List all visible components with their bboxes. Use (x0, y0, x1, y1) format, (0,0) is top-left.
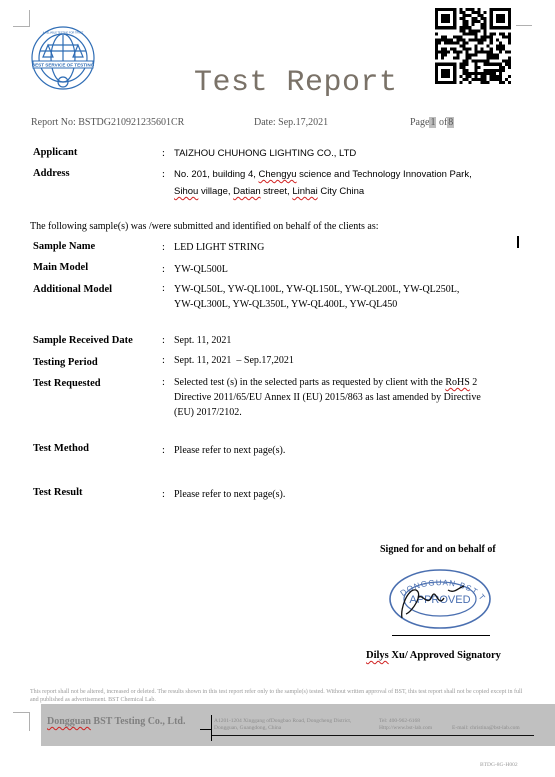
footer-address-line-1: A1201-1204 Xinggang ofDongbao Road, Dong… (214, 718, 351, 725)
company-name-part: BST Testing Co., Ltd. (91, 716, 186, 727)
address-text: science and Technology Innovation Park, (297, 169, 472, 180)
test-requested-line-1: Selected test (s) in the selected parts … (174, 375, 481, 390)
address-text: Datian (233, 186, 260, 197)
applicant-value: TAIZHOU CHUHONG LIGHTING CO., LTD (174, 145, 356, 162)
signature-line (392, 635, 490, 636)
footer-address: A1201-1204 Xinggang ofDongbao Road, Dong… (214, 718, 351, 732)
approved-stamp-icon: DONGGUAN BST TESTING CO.,LTD APPROVED (388, 568, 492, 630)
colon: : (162, 355, 165, 366)
bst-seal-icon: BEST SERVICE OF TESTING A RELIABLE TESTI… (30, 25, 96, 91)
disclaimer-text: This report shall not be altered, increa… (30, 688, 530, 704)
main-model-value: YW-QL500L (174, 262, 228, 277)
footer-rule (212, 735, 534, 736)
company-name-part: Dongguan (47, 716, 91, 727)
additional-model-line-2: YW-QL300L, YW-QL350L, YW-QL400L, YW-QL45… (174, 297, 459, 312)
main-model-label: Main Model (33, 262, 88, 273)
report-number: Report No: BSTDG210921235601CR (31, 117, 184, 128)
colon: : (162, 148, 165, 159)
test-requested-text: Selected test (s) in the selected parts … (174, 377, 445, 388)
qr-code-icon (434, 8, 512, 84)
additional-model-label: Additional Model (33, 284, 112, 295)
address-value: No. 201, building 4, Chengyu science and… (174, 166, 472, 200)
address-text: village, (198, 186, 233, 197)
page-indicator: Page1 of8 (410, 117, 454, 128)
address-text: Chengyu (259, 169, 297, 180)
footer-company: Dongguan BST Testing Co., Ltd. (47, 716, 185, 727)
test-method-label: Test Method (33, 443, 89, 454)
page-title: Test Report (194, 66, 398, 100)
report-number-value: BSTDG210921235601CR (78, 117, 184, 128)
test-result-value: Please refer to next page(s). (174, 487, 285, 502)
colon: : (162, 335, 165, 346)
crop-mark-top-right (516, 25, 532, 27)
address-text: No. 201, building 4, (174, 169, 259, 180)
intro-text: The following sample(s) was /were submit… (30, 221, 379, 232)
report-date-value: Sep.17,2021 (278, 117, 328, 128)
svg-text:BEST SERVICE OF TESTING: BEST SERVICE OF TESTING (32, 63, 95, 68)
address-text: Sihou (174, 186, 198, 197)
colon: : (162, 377, 165, 388)
sample-name-label: Sample Name (33, 241, 95, 252)
test-requested-line-2: Directive 2011/65/EU Annex II (EU) 2015/… (174, 390, 481, 405)
crop-mark-bottom-left (13, 712, 30, 731)
testing-period-value: Sept. 11, 2021 – Sep.17,2021 (174, 353, 294, 368)
signatory-first-name: Dilys (366, 650, 389, 661)
address-line-1: No. 201, building 4, Chengyu science and… (174, 166, 472, 183)
svg-text:A RELIABLE TESTING FOR TRUST: A RELIABLE TESTING FOR TRUST (43, 32, 84, 35)
text-cursor (517, 236, 519, 248)
test-requested-line-3: (EU) 2017/2102. (174, 405, 481, 420)
crop-mark-top-left (13, 10, 30, 27)
footer-email-link[interactable]: E-mail: christina@bst-lab.com (452, 725, 520, 732)
address-text: City China (318, 186, 364, 197)
received-date-value: Sept. 11, 2021 (174, 333, 231, 348)
footer-contact: Tel: 400-962-6168 Http://www.bst-lab.com (379, 718, 432, 732)
test-method-value: Please refer to next page(s). (174, 443, 285, 458)
test-requested-text: 2 (470, 377, 478, 388)
colon: : (162, 169, 165, 180)
address-line-2: Sihou village, Datian street, Linhai Cit… (174, 183, 472, 200)
signature-heading: Signed for and on behalf of (380, 544, 496, 555)
footer-tel: Tel: 400-962-6168 (379, 718, 432, 725)
test-requested-value: Selected test (s) in the selected parts … (174, 375, 481, 420)
colon: : (162, 489, 165, 500)
address-text: street, (261, 186, 293, 197)
additional-model-value: YW-QL50L, YW-QL100L, YW-QL150L, YW-QL200… (174, 282, 459, 312)
colon: : (162, 445, 165, 456)
report-date-label: Date: (254, 117, 276, 128)
testing-period-label: Testing Period (33, 357, 98, 368)
sample-name-value: LED LIGHT STRING (174, 240, 264, 255)
colon: : (162, 283, 165, 294)
colon: : (162, 264, 165, 275)
address-text: Linhai (292, 186, 317, 197)
page-label: Page (410, 117, 429, 128)
test-result-label: Test Result (33, 487, 83, 498)
test-requested-text: RoHS (445, 377, 469, 388)
colon: : (162, 242, 165, 253)
cursor-crosshair-v (211, 715, 212, 741)
received-date-label: Sample Received Date (33, 335, 133, 346)
report-number-label: Report No: (31, 117, 76, 128)
additional-model-line-1: YW-QL50L, YW-QL100L, YW-QL150L, YW-QL200… (174, 282, 459, 297)
address-label: Address (33, 168, 70, 179)
document-id: BTDG-8G-H002 (480, 762, 518, 768)
footer-website-link[interactable]: Http://www.bst-lab.com (379, 725, 432, 732)
test-requested-label: Test Requested (33, 378, 101, 389)
applicant-label: Applicant (33, 147, 77, 158)
signatory-title: Xu/ Approved Signatory (389, 650, 501, 661)
page-total[interactable]: 8 (447, 117, 454, 128)
page-current[interactable]: 1 (429, 117, 436, 128)
report-date: Date: Sep.17,2021 (254, 117, 328, 128)
footer-address-line-2: Dongguan, Guangdong, China (214, 725, 351, 732)
signatory-name: Dilys Xu/ Approved Signatory (366, 650, 501, 661)
